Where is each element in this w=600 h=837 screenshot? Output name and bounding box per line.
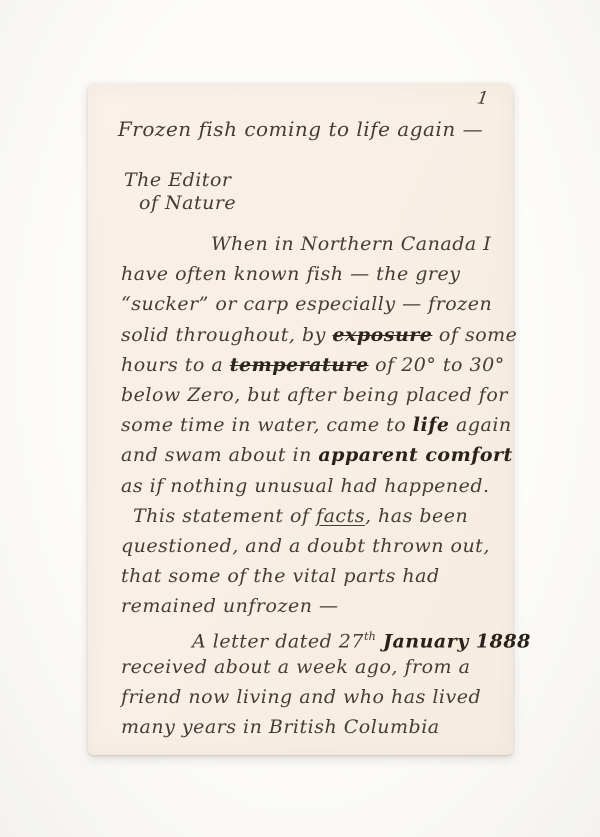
manuscript-segment: remained unfrozen —: [121, 595, 339, 617]
manuscript-segment: , has been: [365, 505, 468, 527]
manuscript-segment: of some: [432, 324, 517, 346]
page-number: 1: [476, 87, 491, 109]
manuscript-photo: 1 Frozen fish coming to life again — The…: [0, 0, 600, 837]
manuscript-segment: hours to a: [121, 354, 230, 376]
manuscript-segment: and swam about in: [121, 444, 318, 466]
manuscript-segment-struck: temperature: [230, 354, 369, 376]
manuscript-line: A letter dated 27th January 1888: [121, 621, 503, 651]
manuscript-segment-sup: th: [364, 629, 376, 643]
salutation-line-1: The Editor: [124, 169, 236, 192]
manuscript-segment: A letter dated 27: [192, 631, 364, 653]
manuscript-line: some time in water, came to life again: [121, 410, 503, 440]
manuscript-line: questioned, and a doubt thrown out,: [121, 531, 503, 561]
salutation-line-2: of Nature: [124, 192, 236, 215]
manuscript-line: hours to a temperature of 20° to 30°: [121, 350, 503, 380]
manuscript-segment: some time in water, came to: [121, 414, 413, 436]
manuscript-segment: friend now living and who has lived: [121, 686, 481, 708]
letter-title: Frozen fish coming to life again —: [88, 117, 513, 141]
manuscript-segment: questioned, and a doubt thrown out,: [121, 535, 490, 557]
manuscript-segment: as if nothing unusual had happened.: [121, 475, 490, 497]
manuscript-line: friend now living and who has lived: [121, 682, 503, 712]
salutation: The Editor of Nature: [124, 169, 236, 215]
manuscript-segment-underlined: facts: [316, 505, 365, 527]
manuscript-line: remained unfrozen —: [121, 591, 503, 621]
manuscript-segment-overwritten: January 1888: [376, 631, 531, 653]
manuscript-line: that some of the vital parts had: [121, 561, 503, 591]
manuscript-segment-overwritten: apparent comfort: [318, 444, 512, 466]
manuscript-segment: When in Northern Canada I: [211, 233, 491, 255]
manuscript-segment: again: [450, 414, 512, 436]
manuscript-line: received about a week ago, from a: [121, 652, 503, 682]
manuscript-segment: below Zero, but after being placed for: [121, 384, 508, 406]
manuscript-segment-overwritten: life: [413, 414, 450, 436]
manuscript-segment-struck: exposure: [332, 324, 432, 346]
manuscript-line: many years in British Columbia: [121, 712, 503, 742]
manuscript-line: When in Northern Canada I: [121, 229, 503, 259]
letter-body: When in Northern Canada Ihave often know…: [121, 229, 503, 742]
manuscript-line: solid throughout, by exposure of some: [121, 320, 503, 350]
manuscript-segment: have often known fish — the grey: [121, 263, 461, 285]
manuscript-segment: solid throughout, by: [121, 324, 332, 346]
manuscript-line: “sucker” or carp especially — frozen: [121, 289, 503, 319]
manuscript-segment: that some of the vital parts had: [121, 565, 440, 587]
manuscript-line: as if nothing unusual had happened.: [121, 471, 503, 501]
manuscript-line: and swam about in apparent comfort: [121, 440, 503, 470]
paper-sheet: 1 Frozen fish coming to life again — The…: [88, 83, 513, 755]
manuscript-segment: of 20° to 30°: [369, 354, 505, 376]
manuscript-segment: This statement of: [133, 505, 316, 527]
manuscript-line: This statement of facts, has been: [121, 501, 503, 531]
manuscript-line: below Zero, but after being placed for: [121, 380, 503, 410]
manuscript-line: have often known fish — the grey: [121, 259, 503, 289]
manuscript-segment: “sucker” or carp especially — frozen: [121, 293, 492, 315]
manuscript-segment: received about a week ago, from a: [121, 656, 470, 678]
manuscript-segment: many years in British Columbia: [121, 716, 440, 738]
